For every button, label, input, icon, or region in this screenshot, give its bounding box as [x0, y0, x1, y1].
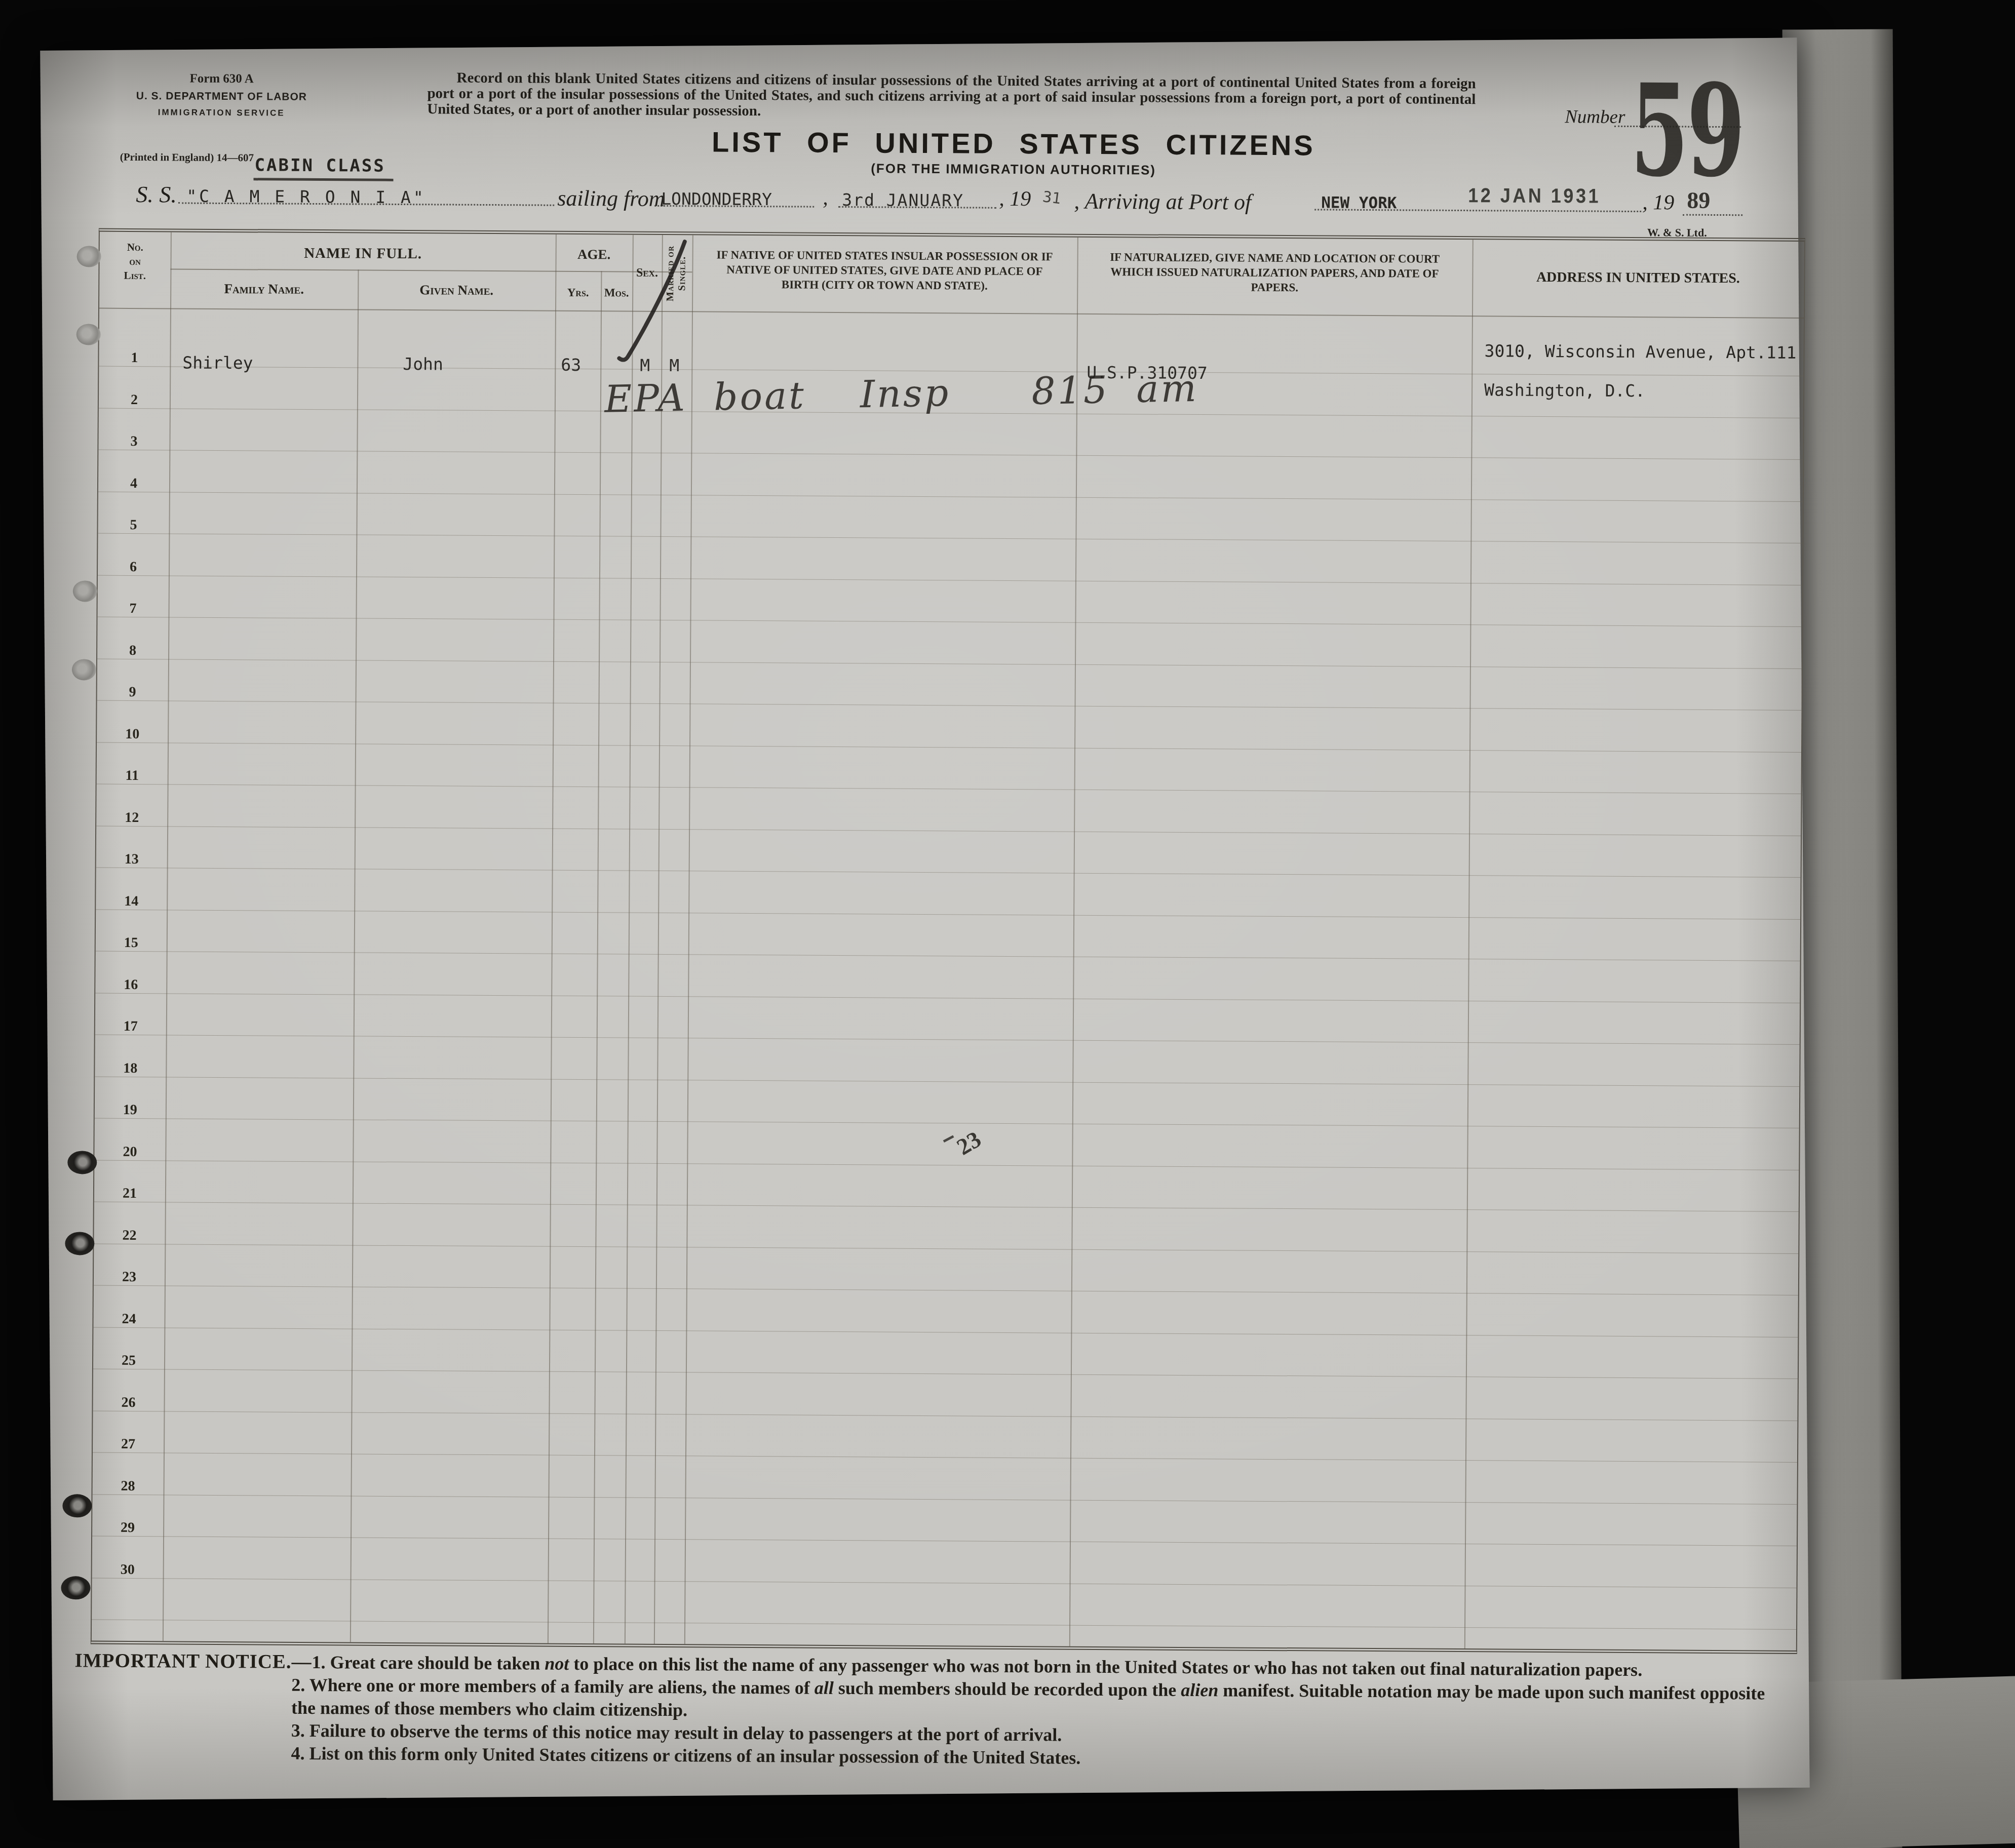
punch-hole-dark: [67, 1151, 97, 1174]
row-number-29: 29: [92, 1520, 163, 1537]
sheet-number-stamp: 59: [1630, 67, 1743, 194]
row-number-13: 13: [96, 851, 167, 868]
row-number-20: 20: [94, 1144, 165, 1160]
printed-in-note: (Printed in England) 14—607: [120, 151, 254, 165]
scanned-document-canvas: Form 630 A U. S. DEPARTMENT OF LABOR IMM…: [0, 0, 2015, 1848]
row-number-21: 21: [94, 1186, 165, 1202]
year-prefix: , 19: [999, 187, 1031, 211]
row-number-4: 4: [98, 475, 169, 492]
row-number-12: 12: [96, 809, 167, 826]
row-number-25: 25: [93, 1353, 164, 1369]
manifest-content: Form 630 A U. S. DEPARTMENT OF LABOR IMM…: [42, 51, 1808, 1811]
notice-emphasis: not: [545, 1654, 569, 1674]
row-rule: [96, 951, 1800, 961]
col-header-naturalized: IF NATURALIZED, GIVE NAME AND LOCATION O…: [1092, 250, 1457, 296]
departure-port: LONDONDERRY: [661, 189, 772, 209]
row-rule: [95, 1118, 1799, 1128]
row-rule: [97, 658, 1802, 669]
entry-address-line-2: Washington, D.C.: [1484, 380, 1645, 401]
ship-name: "C A M E R O N I A": [186, 186, 426, 208]
row-number-10: 10: [97, 726, 168, 742]
header-bottom-rule: [99, 308, 1804, 319]
row-rule: [93, 1410, 1797, 1421]
grid-line: [1464, 240, 1474, 1648]
page-year-line: [1683, 214, 1742, 216]
col-header-family-name: Family Name.: [170, 281, 358, 297]
important-notice: IMPORTANT NOTICE.—1. Great care should b…: [74, 1649, 1770, 1773]
grid-line: [548, 234, 557, 1643]
form-number: Form 630 A: [111, 71, 332, 87]
notice-text: Failure to observe the terms of this not…: [309, 1720, 1062, 1745]
col-header-address: ADDRESS IN UNITED STATES.: [1472, 269, 1804, 287]
entry-family-name: Shirley: [182, 353, 253, 373]
page-year-stamp: 89: [1687, 187, 1710, 214]
row-number-9: 9: [97, 684, 168, 701]
no-line-3: List.: [99, 268, 170, 283]
row-rule: [93, 1494, 1797, 1504]
grid-line: [1069, 238, 1078, 1646]
notice-text: such members should be recorded upon the: [834, 1678, 1181, 1700]
row-number-5: 5: [98, 517, 169, 534]
notice-item-number: 2.: [291, 1675, 309, 1695]
row-number-26: 26: [93, 1394, 164, 1411]
col-header-name-in-full: NAME IN FULL.: [171, 244, 556, 263]
row-rule: [98, 450, 1803, 460]
notice-text: List on this form only United States cit…: [309, 1743, 1080, 1768]
row-rule: [92, 1578, 1797, 1588]
row-rule: [95, 993, 1800, 1003]
row-rule: [97, 742, 1801, 752]
row-rule: [93, 1369, 1798, 1379]
passenger-table: No. on List. NAME IN FULL. Family Name. …: [91, 228, 1805, 1654]
row-rule: [98, 491, 1803, 501]
row-rule: [94, 1202, 1799, 1212]
notice-emphasis: alien: [1181, 1680, 1218, 1700]
row-rule: [96, 825, 1801, 836]
department-name: U. S. DEPARTMENT OF LABOR: [111, 90, 332, 104]
row-rule: [97, 700, 1802, 711]
col-header-no-on-list: No. on List.: [99, 240, 170, 283]
notice-text: Great care should be taken: [330, 1652, 545, 1673]
row-number-1: 1: [99, 350, 170, 367]
row-number-23: 23: [94, 1269, 165, 1286]
row-number-22: 22: [94, 1227, 165, 1244]
departure-year-stamp: 31: [1041, 188, 1062, 208]
row-rule: [95, 1076, 1799, 1086]
form-instructions: Record on this blank United States citiz…: [427, 70, 1476, 123]
col-header-birth: IF NATIVE OF UNITED STATES INSULAR POSSE…: [707, 247, 1062, 293]
manifest-sheet: Form 630 A U. S. DEPARTMENT OF LABOR IMM…: [40, 38, 1809, 1800]
row-number-17: 17: [95, 1018, 166, 1035]
punch-hole: [76, 246, 101, 267]
punch-hole-dark: [61, 1576, 90, 1599]
service-name: IMMIGRATION SERVICE: [111, 107, 332, 119]
form-title: LIST OF UNITED STATES CITIZENS: [674, 125, 1353, 162]
row-number-16: 16: [95, 976, 166, 993]
travel-class: CABIN CLASS: [253, 155, 393, 181]
row-number-11: 11: [97, 768, 168, 784]
row-rule: [95, 1035, 1800, 1045]
grid-line: [684, 235, 693, 1644]
row-rule: [93, 1327, 1798, 1337]
punch-hole-dark: [65, 1232, 94, 1255]
year-prefix-2: , 19: [1642, 190, 1674, 215]
row-number-7: 7: [98, 601, 169, 617]
col-header-given-name: Given Name.: [358, 282, 555, 299]
extra-row-rule: [92, 1620, 1796, 1630]
row-number-3: 3: [98, 434, 169, 450]
comma: ,: [823, 186, 828, 210]
notice-emphasis: all: [815, 1678, 834, 1698]
pen-checkmark: [587, 235, 719, 377]
notice-item-2: 2. Where one or more members of a family…: [291, 1674, 1770, 1728]
notice-item-number: 4.: [291, 1743, 309, 1763]
notice-heading: IMPORTANT NOTICE.—: [75, 1649, 312, 1673]
row-number-30: 30: [92, 1561, 163, 1578]
row-number-18: 18: [95, 1060, 166, 1077]
row-rule: [94, 1243, 1798, 1253]
arriving-label: , Arriving at Port of: [1074, 188, 1251, 215]
no-line-2: on: [99, 254, 170, 269]
row-number-27: 27: [93, 1436, 164, 1453]
no-line-1: No.: [100, 240, 171, 255]
departure-date: 3rd JANUARY: [842, 190, 964, 210]
ss-label: S. S.: [136, 181, 177, 208]
punch-hole: [76, 324, 101, 345]
punch-hole-dark: [62, 1494, 92, 1517]
punch-hole: [73, 580, 97, 602]
row-rule: [98, 617, 1802, 627]
row-number-8: 8: [97, 642, 168, 659]
grid-line: [654, 235, 663, 1644]
arrival-date-stamp: 12 JAN 1931: [1468, 184, 1601, 208]
row-number-6: 6: [98, 559, 169, 575]
row-rule: [98, 533, 1802, 543]
row-number-15: 15: [96, 935, 167, 952]
row-rule: [96, 909, 1800, 919]
row-rule: [92, 1536, 1797, 1546]
row-rule: [98, 575, 1802, 585]
row-number-2: 2: [99, 391, 170, 408]
agency-block: Form 630 A U. S. DEPARTMENT OF LABOR IMM…: [111, 71, 332, 119]
row-rule: [93, 1452, 1797, 1463]
grid-line: [350, 270, 359, 1642]
notice-item-number: 3.: [291, 1720, 309, 1741]
row-number-28: 28: [93, 1478, 164, 1495]
row-rule: [94, 1160, 1799, 1170]
row-rule: [94, 1285, 1798, 1295]
grid-line: [593, 271, 602, 1643]
entry-given-name: John: [403, 354, 443, 374]
row-number-14: 14: [96, 893, 167, 910]
arrival-port: NEW YORK: [1321, 193, 1397, 212]
form-subtitle: (FOR THE IMMIGRATION AUTHORITIES): [674, 160, 1353, 179]
number-label: Number: [1565, 106, 1625, 128]
notice-item-number: 1.: [312, 1652, 330, 1672]
sailing-from-label: sailing from: [557, 185, 665, 212]
entry-address-line-1: 3010, Wisconsin Avenue, Apt.111: [1484, 341, 1796, 363]
grid-line: [625, 235, 634, 1644]
notice-text: Where one or more members of a family ar…: [309, 1675, 815, 1698]
row-number-19: 19: [95, 1102, 166, 1119]
entry-age-years: 63: [561, 355, 581, 375]
row-rule: [96, 868, 1801, 878]
row-rule: [97, 784, 1801, 794]
row-number-24: 24: [93, 1311, 164, 1327]
punch-hole: [72, 659, 96, 680]
table-rows: 1234567891011121314151617181920212223242…: [100, 232, 1804, 242]
